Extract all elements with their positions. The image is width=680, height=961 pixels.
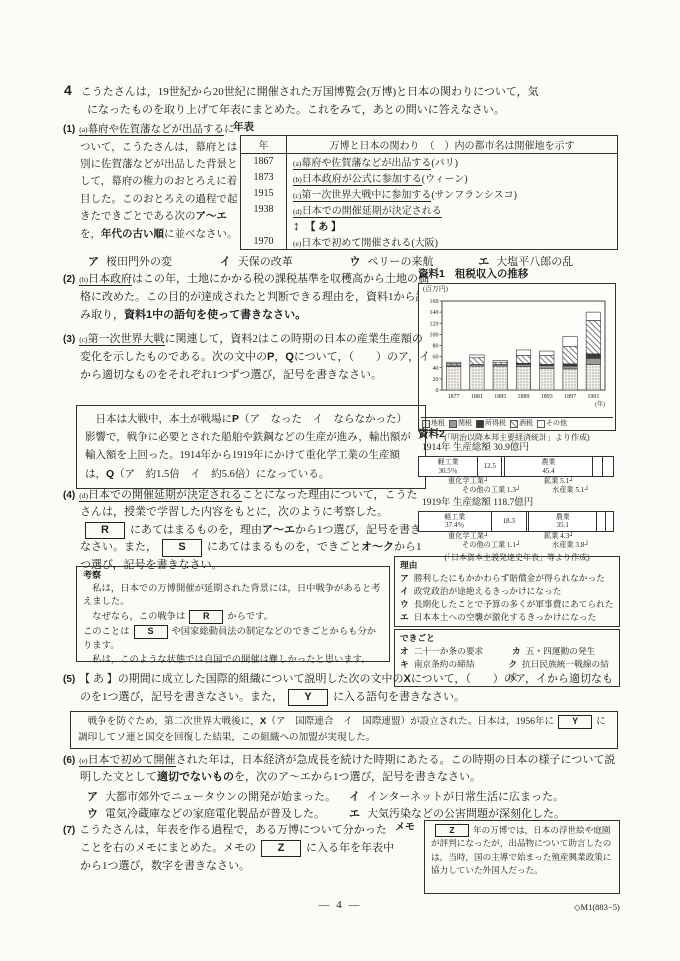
kousatsu-line-1: 私は，日本での万博開催が延期された背景には，日中戦争があると考えました。: [83, 583, 383, 611]
option-letter: ア: [400, 573, 409, 583]
answer-box-r: R: [85, 522, 125, 539]
kousatsu-line-4: 私は，このような状態では自国での開催は難しかったと思います。: [83, 654, 383, 668]
sb-bar: 軽工業37.4％18.3農業35.1: [418, 511, 614, 532]
option-i: イ天保の改革: [220, 254, 347, 272]
shiryo2-figure: 資料2 1914年 生産総額 30.9億円 軽工業30.5％12.5農業45.4…: [418, 428, 622, 563]
ref-d: (d): [293, 207, 302, 216]
callout-row: その他の工業 1.3┘水産業 5.1┘: [418, 486, 622, 495]
timeline-row: 1873 (b)日本政府が公式に参加する(ウィーン): [241, 170, 618, 186]
answer-box-s-small: S: [134, 625, 168, 639]
option-u: ウ電気冷蔵庫などの家庭電化製品が普及した。: [87, 806, 349, 823]
svg-text:40: 40: [433, 366, 439, 372]
kousatsu-text: このことは: [83, 627, 130, 637]
bar-segment-0: 軽工業30.5％: [419, 457, 478, 476]
sb-callouts: 重化学工業┘鉱業 5.1┘その他の工業 1.3┘水産業 5.1┘: [418, 477, 622, 496]
page-code: ◇M1(883−5): [574, 902, 620, 913]
legend-swatch: [510, 420, 518, 428]
memo-box: Z年の万博では，日本の浮世絵や庭園が評判になったが，出品物について助言したのは，…: [424, 820, 620, 894]
bar-segment-5: [603, 457, 613, 476]
timeline-year: 1938: [241, 202, 287, 218]
option-text: 政党政治が途絶えるきっかけになった: [414, 586, 562, 596]
svg-text:60: 60: [433, 354, 439, 360]
option-text: 大都市郊外でニュータウンの開発が始まった。: [105, 791, 336, 803]
event-city: (ウィーン): [422, 174, 468, 185]
question-6: (6)(e)日本で初めて開催された年は，日本経済が急成長を続けた時期にあたる。こ…: [63, 752, 623, 823]
pq-text-1: 日本は大戦中，本土が戦場に: [85, 414, 232, 425]
intro-text-2: になったものを取り上げて年表にまとめた。これをみて，あとの問いに答えなさい。: [64, 102, 630, 120]
question-number: 4: [64, 82, 72, 98]
callout-label: 重化学工業┘: [448, 532, 489, 541]
tax-chart-box: (百万円) 0204060801001201401601877188118851…: [418, 283, 616, 432]
question-3: (3)(c)第一次世界大戦に関連して，資料2はこの時期の日本の産業生産額の変化を…: [63, 331, 431, 384]
xy-options: （ア 国際連合 イ 国際連盟）: [266, 716, 410, 727]
ref-a: (a): [79, 125, 87, 134]
option-text: 大塩平八郎の乱: [496, 256, 573, 268]
ref-c: (c): [79, 335, 87, 344]
question-5: (5)【 あ 】の期間に成立した国際的組織について説明した次の文中のXについて，…: [63, 671, 623, 707]
q5-bold-x: X: [404, 673, 411, 685]
option-letter: ア: [87, 791, 98, 803]
shiryo2-label: 資料2: [418, 428, 622, 441]
bar-segment-3: 農業35.1: [529, 512, 597, 531]
timeline-year-empty: [241, 218, 287, 234]
event-city: (パリ): [431, 158, 458, 169]
svg-text:1893: 1893: [541, 394, 553, 400]
option-letter: ウ: [87, 808, 98, 820]
q5-body-3: に入る語句を書きなさい。: [333, 691, 465, 703]
option-a: ア大都市郊外でニュータウンの開発が始まった。: [87, 789, 349, 806]
sb-title: 1919年 生産総額 118.7億円: [422, 498, 622, 510]
q4-number: (4): [63, 490, 75, 501]
shiryo1-label: 資料1租税収入の推移: [418, 268, 620, 281]
figure-title: 租税収入の推移: [455, 268, 529, 280]
q6-body-2: を，次のア～エから1つ選び，記号を書きなさい。: [234, 771, 481, 783]
ref-e: (e): [79, 756, 87, 765]
gap-label: 【 あ 】: [306, 222, 342, 233]
answer-box-r-small: R: [189, 610, 223, 624]
q2-underline: 日本政府: [88, 273, 132, 285]
dekigoto-caption: できごと: [400, 632, 614, 645]
callout-label: 鉱業 5.1┘: [544, 477, 574, 486]
timeline-year: 1915: [241, 186, 287, 202]
option-letter: ウ: [350, 256, 361, 268]
answer-box-y-small: Y: [558, 715, 592, 729]
sb-bar: 軽工業30.5％12.5農業45.4: [418, 456, 614, 477]
bar-segment-0: 軽工業37.4％: [419, 512, 492, 531]
shiryo1-figure: 資料1租税収入の推移 (百万円) 02040608010012014016018…: [418, 268, 620, 443]
double-arrow-icon: ↕: [293, 218, 300, 233]
timeline-table: 年 万博と日本の関わり （ ）内の都市名は開催地を示す 1867 (a)幕府や佐…: [240, 135, 618, 250]
intro-text-1: こうたさんは，19世紀から20世紀に開催された万国博覧会(万博)と日本の関わりに…: [81, 86, 539, 98]
option-text: 五・四運動の発生: [526, 646, 596, 656]
callout-row: その他の工業 1.1┘水産業 3.8┘: [418, 541, 622, 550]
option-text: 電気冷蔵庫などの家庭電化製品が普及した。: [105, 808, 325, 820]
option-text: 日本本土への空襲が激化するきっかけになった: [414, 612, 596, 622]
legend-swatch: [537, 420, 545, 428]
svg-text:1885: 1885: [494, 394, 506, 400]
callout-label: 水産業 5.1┘: [552, 486, 589, 495]
memo-caption-text: メモ: [395, 822, 415, 833]
q4-bold-ae: ア～エ: [262, 524, 295, 536]
riyuu-item: ウ長期化したことで予算の多くが軍事費にあてられた: [400, 598, 614, 611]
dekigoto-item: オ二十一か条の要求: [400, 645, 512, 658]
bar-segment-3: 農業45.4: [505, 457, 593, 476]
q1-underline: 幕府や佐賀藩などが出品する: [88, 124, 225, 135]
option-letter: イ: [400, 586, 409, 596]
timeline-year: 1867: [241, 154, 287, 170]
q1-body-2: を，: [80, 229, 101, 240]
svg-text:120: 120: [430, 321, 439, 327]
option-text: 桜田門外の変: [106, 256, 172, 268]
svg-text:1889: 1889: [518, 394, 530, 400]
kousatsu-line-2: なぜなら，この戦争はRからです。: [83, 610, 383, 625]
bar-segment-4: [597, 512, 605, 531]
pq-p-options: （ア なった イ ならなかった）: [239, 414, 407, 425]
timeline-year: 1970: [241, 234, 287, 250]
q6-options-row-1: ア大都市郊外でニュータウンの開発が始まった。 イインターネットが日常生活に広まっ…: [80, 789, 623, 806]
timeline-event: (c)第一次世界大戦中に参加する(サンフランシスコ): [287, 186, 618, 202]
option-letter: イ: [220, 256, 231, 268]
svg-text:140: 140: [430, 310, 439, 316]
pq-q: Q: [106, 468, 114, 480]
question-7: (7)こうたさんは，年表を作る過程で，ある万博について分かったことを右のメモにま…: [63, 822, 395, 875]
q6-underline: 日本で初めて開催: [88, 754, 176, 766]
q6-bold: 適切でないもの: [157, 771, 234, 783]
ref-d: (d): [79, 491, 88, 500]
callout-label: 重化学工業┘: [448, 477, 489, 486]
q5-number: (5): [63, 674, 75, 685]
xy-text-2: が設立された。日本は，1956年に: [410, 716, 554, 727]
svg-text:1897: 1897: [564, 394, 576, 400]
riyuu-item: ア勝利したにもかかわらず賠償金が得られなかった: [400, 572, 614, 585]
q1-body-3: に並べなさい。: [164, 229, 238, 240]
q5-body-1: 【 あ 】の期間に成立した国際的組織について説明した次の文中の: [79, 673, 403, 685]
option-text: 南京条約の締結: [414, 659, 475, 669]
q2-number: (2): [63, 274, 75, 285]
event-text: 第一次世界大戦中に参加する: [301, 190, 431, 201]
pq-p: P: [232, 413, 239, 425]
question-4-intro: 4こうたさんは，19世紀から20世紀に開催された万国博覧会(万博)と日本の関わり…: [64, 79, 630, 120]
timeline-col-desc: 万博と日本の関わり （ ）内の都市名は開催地を示す: [287, 136, 618, 154]
q1-bold-1: ア～エ: [196, 210, 228, 222]
production-1914-chart: 1914年 生産総額 30.9億円 軽工業30.5％12.5農業45.4 重化学…: [418, 443, 622, 496]
timeline-row: 1938 (d)日本での開催延期が決定される: [241, 202, 618, 218]
timeline-row: 1867 (a)幕府や佐賀藩などが出品する(パリ): [241, 154, 618, 170]
svg-text:1901: 1901: [587, 394, 599, 400]
question-2: (2)(b)日本政府はこの年，土地にかかる税の課税基準を収穫高から土地の価格に改…: [63, 271, 431, 324]
kousatsu-text: なぜなら，この戦争は: [83, 612, 185, 622]
q3-bold-q: Q: [285, 351, 294, 363]
sb-title: 1914年 生産総額 30.9億円: [422, 443, 622, 455]
svg-text:20: 20: [433, 377, 439, 383]
production-1919-chart: 1919年 生産総額 118.7億円 軽工業37.4％18.3農業35.1 重化…: [418, 498, 622, 551]
bar-segment-1: 18.3: [492, 512, 528, 531]
timeline-event: (b)日本政府が公式に参加する(ウィーン): [287, 170, 618, 186]
svg-text:160: 160: [430, 299, 439, 305]
svg-text:1877: 1877: [448, 394, 460, 400]
option-letter: エ: [349, 808, 360, 820]
option-text: ペリーの来航: [368, 256, 434, 268]
callout-label: 鉱業 4.3┘: [544, 532, 574, 541]
svg-text:(年): (年): [595, 400, 605, 408]
option-a: ア桜田門外の変: [88, 254, 217, 272]
dekigoto-item: カ五・四運動の発生: [512, 645, 595, 658]
option-letter: ウ: [400, 599, 409, 609]
ref-b: (b): [293, 175, 302, 184]
callout-row: 重化学工業┘鉱業 5.1┘: [418, 477, 622, 486]
callout-label: 水産業 3.8┘: [552, 541, 589, 550]
q6-number: (6): [63, 755, 75, 766]
timeline-gap: ↕【 あ 】: [287, 218, 618, 234]
option-text: 二十一か条の要求: [414, 646, 484, 656]
timeline-row: 1970 (e)日本で初めて開催される(大阪): [241, 234, 618, 250]
callout-row: 重化学工業┘鉱業 4.3┘: [418, 532, 622, 541]
pq-q-options: （ア 約1.5倍 イ 約5.6倍）: [114, 469, 256, 480]
option-letter: ア: [88, 256, 99, 268]
y-axis-unit: (百万円): [421, 286, 613, 294]
option-letter: エ: [400, 612, 409, 622]
event-text: 幕府や佐賀藩などが出品する: [301, 158, 431, 169]
answer-box-y: Y: [288, 689, 328, 706]
riyuu-item: イ政党政治が途絶えるきっかけになった: [400, 585, 614, 598]
q1-bold-2: 年代の古い順: [101, 228, 164, 240]
legend-swatch: [449, 420, 457, 428]
kousatsu-line-3: このことはSや国家総動員法の制定などのできごとからも分かります。: [83, 625, 383, 654]
dekigoto-row: オ二十一か条の要求 カ五・四運動の発生: [400, 645, 614, 658]
q4-bold-ok: オ～ク: [361, 541, 394, 553]
svg-text:0: 0: [436, 388, 439, 394]
option-text: インターネットが日常生活に広まった。: [367, 791, 564, 803]
pq-text-3: になっている。: [256, 469, 330, 480]
riyuu-box: 理由 ア勝利したにもかかわらず賠償金が得られなかった イ政党政治が途絶えるきっか…: [394, 556, 620, 627]
question-4-sub: (4)(d)日本での開催延期が決定されることになった理由について，こうたさんは，…: [63, 487, 427, 574]
exam-page: 4こうたさんは，19世紀から20世紀に開催された万国博覧会(万博)と日本の関わり…: [0, 0, 680, 961]
q3-underline: 第一次世界大戦: [88, 333, 165, 345]
option-text: 天保の改革: [238, 256, 293, 268]
timeline-event: (a)幕府や佐賀藩などが出品する(パリ): [287, 154, 618, 170]
riyuu-caption: 理由: [400, 559, 614, 572]
answer-box-s: S: [162, 539, 202, 556]
bar-segment-4: [593, 457, 603, 476]
tax-chart-svg: 0204060801001201401601877188118851889189…: [421, 294, 611, 412]
q3-number: (3): [63, 334, 75, 345]
kousatsu-text: からです。: [227, 612, 273, 622]
svg-text:80: 80: [433, 343, 439, 349]
timeline-gap-row: ↕【 あ 】: [241, 218, 618, 234]
option-text: 勝利したにもかかわらず賠償金が得られなかった: [414, 573, 605, 583]
q4-underline: 日本での開催延期が決定される: [88, 489, 242, 501]
event-city: (大阪): [411, 238, 438, 249]
timeline-caption: 年表: [233, 119, 254, 134]
answer-box-z: Z: [261, 840, 301, 857]
kousatsu-caption: 考察: [83, 569, 383, 583]
answer-box-z-small: Z: [435, 824, 469, 837]
legend-swatch: [476, 420, 484, 428]
memo-caption: メモ: [395, 820, 415, 836]
xy-statement-box: 戦争を防ぐため，第二次世界大戦後に，X（ア 国際連合 イ 国際連盟）が設立された…: [70, 711, 618, 749]
timeline-event: (d)日本での開催延期が決定される: [287, 202, 618, 218]
option-letter: ク: [508, 659, 517, 669]
timeline-col-year: 年: [241, 136, 287, 154]
q3-mid: ，: [274, 351, 285, 363]
sb-callouts: 重化学工業┘鉱業 4.3┘その他の工業 1.1┘水産業 3.8┘: [418, 532, 622, 551]
event-text: 日本政府が公式に参加する: [302, 174, 422, 185]
svg-text:1881: 1881: [471, 394, 483, 400]
q4-body-4: にあてはまるものを，できごと: [207, 541, 361, 553]
bar-segment-5: [606, 512, 613, 531]
ref-b: (b): [79, 275, 88, 284]
pq-statement-box: 日本は大戦中，本土が戦場にP（ア なった イ ならなかった）影響で，戦争に必要と…: [76, 405, 426, 489]
callout-label: その他の工業 1.1┘: [462, 541, 521, 550]
timeline-header-row: 年 万博と日本の関わり （ ）内の都市名は開催地を示す: [241, 136, 618, 154]
event-text: 日本で初めて開催される: [301, 238, 411, 249]
figure-number: 資料1: [418, 268, 445, 280]
bar-segment-1: 12.5: [478, 457, 502, 476]
callout-label: その他の工業 1.3┘: [462, 486, 521, 495]
xy-text-1: 戦争を防ぐため，第二次世界大戦後に，: [78, 716, 260, 727]
option-letter: カ: [512, 646, 521, 656]
riyuu-item: エ日本本土への空襲が激化するきっかけになった: [400, 611, 614, 624]
intro-line-1: 4こうたさんは，19世紀から20世紀に開催された万国博覧会(万博)と日本の関わり…: [64, 79, 630, 102]
event-city: (サンフランシスコ): [431, 190, 517, 201]
timeline-year: 1873: [241, 170, 287, 186]
kousatsu-box: 考察 私は，日本での万博開催が延期された背景には，日中戦争があると考えました。 …: [76, 566, 390, 662]
q4-body-2: にあてはまるものを，理由: [130, 524, 262, 536]
option-text: 長期化したことで予算の多くが軍事費にあてられた: [414, 599, 614, 609]
option-letter: オ: [400, 646, 409, 656]
timeline-event: (e)日本で初めて開催される(大阪): [287, 234, 618, 250]
timeline-row: 1915 (c)第一次世界大戦中に参加する(サンフランシスコ): [241, 186, 618, 202]
q1-number: (1): [63, 124, 75, 135]
option-text: 大気汚染などの公害問題が深刻化した。: [367, 808, 565, 820]
option-letter: イ: [349, 791, 360, 803]
question-1: (1)(a)幕府や佐賀藩などが出品するについて，こうたさんは，幕府とは別に佐賀藩…: [63, 121, 241, 243]
option-letter: キ: [400, 659, 409, 669]
option-letter: エ: [478, 256, 489, 268]
event-text: 日本での開催延期が決定される: [302, 206, 442, 217]
q1-body-1: について，こうたさんは，幕府とは別に佐賀藩などが出品した背景として，幕府の権力の…: [80, 124, 238, 222]
q7-number: (7): [63, 825, 75, 836]
option-i: イインターネットが日常生活に広まった。: [349, 789, 564, 806]
q2-bold: 資料1中の語句を使って書きなさい。: [124, 309, 306, 321]
